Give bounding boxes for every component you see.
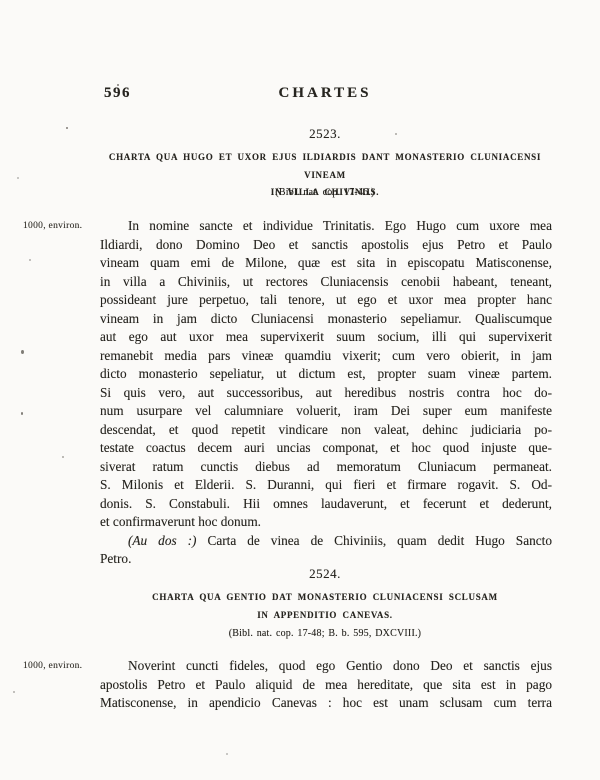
running-title: CHARTES [100, 85, 550, 102]
charter-2524-citation: (Bibl. nat. cop. 17-48; B. b. 595, DXCVI… [100, 628, 550, 639]
scan-speck [66, 127, 68, 129]
body-line: Si quis vero, aut successoribus, aut her… [100, 384, 552, 403]
scanned-book-page: 596 CHARTES 2523. CHARTA QUA HUGO ET UXO… [0, 0, 600, 780]
endorsement-line: (Au dos :) Carta de vinea de Chiviniis, … [100, 532, 552, 551]
body-line: Ildiardi, dono Domino Deo et sanctis apo… [100, 236, 552, 255]
body-line: S. Milonis et Elderii. S. Duranni, qui f… [100, 476, 552, 495]
charter-2523-margin-date: 1000, environ. [23, 221, 108, 231]
body-line: num usurpare vel calumniare voluerit, ir… [100, 402, 552, 421]
running-header: 596 CHARTES [100, 85, 550, 105]
body-line: vineam quam emi de Milone, quæ est sita … [100, 254, 552, 273]
body-line: dicto monasterio sepeliatur, ut dictum e… [100, 365, 552, 384]
scan-speck [17, 177, 19, 179]
charter-2524-number: 2524. [100, 566, 550, 582]
body-line: descendat, et quod repetit vindicare non… [100, 421, 552, 440]
body-line: Matisconense, in apendicio Canevas : hoc… [100, 694, 552, 713]
charter-2524-body: Noverint cuncti fideles, quod ego Gentio… [100, 657, 552, 713]
charter-2524-heading-line2: IN APPENDITIO CANEVAS. [100, 607, 550, 625]
au-dos-label: (Au dos :) [128, 533, 197, 548]
body-line: in villa a Chiviniis, ut rectores Clunia… [100, 273, 552, 292]
scan-speck [29, 259, 31, 261]
body-line: vineam in jam dicto Cluniacensi monaster… [100, 310, 552, 329]
page-number: 596 [104, 85, 131, 102]
body-line: donis. S. Constabuli. Hii omnes laudaver… [100, 495, 552, 514]
scan-speck [21, 412, 23, 415]
scan-speck [117, 84, 119, 86]
charter-2523-number: 2523. [100, 126, 550, 142]
body-line: testate coactus decem auri uncias compon… [100, 439, 552, 458]
body-line: et confirmaverunt hoc donum. [100, 513, 552, 532]
body-line: apostolis Petro et Paulo aliquid de mea … [100, 676, 552, 695]
charter-2524-heading: CHARTA QUA GENTIO DAT MONASTERIO CLUNIAC… [100, 589, 550, 624]
body-line: In nomine sancte et individue Trinitatis… [100, 217, 552, 236]
charter-2523-body: In nomine sancte et individue Trinitatis… [100, 217, 552, 569]
body-line: remanebit media pars vineæ quamdiu vixer… [100, 347, 552, 366]
body-line: possideant jure perpetuo, tali tenore, u… [100, 291, 552, 310]
body-line: aut ego aut uxor mea supervixerit suum s… [100, 328, 552, 347]
scan-speck [21, 350, 24, 354]
charter-2524-margin-date: 1000, environ. [23, 661, 108, 671]
charter-2523-citation: (Bibl. nat. cop. 17-46.) [100, 187, 550, 198]
scan-speck [395, 133, 397, 135]
scan-speck [62, 456, 64, 458]
endorsement-text: Carta de vinea de Chiviniis, quam dedit … [197, 533, 552, 548]
body-line: siverat ratum cunctis diebus ad memoratu… [100, 458, 552, 477]
charter-2523-heading-line1: CHARTA QUA HUGO ET UXOR EJUS ILDIARDIS D… [100, 149, 550, 184]
body-line: Noverint cuncti fideles, quod ego Gentio… [100, 657, 552, 676]
charter-2524-heading-line1: CHARTA QUA GENTIO DAT MONASTERIO CLUNIAC… [100, 589, 550, 607]
scan-speck [13, 691, 15, 693]
scan-speck [226, 753, 228, 755]
